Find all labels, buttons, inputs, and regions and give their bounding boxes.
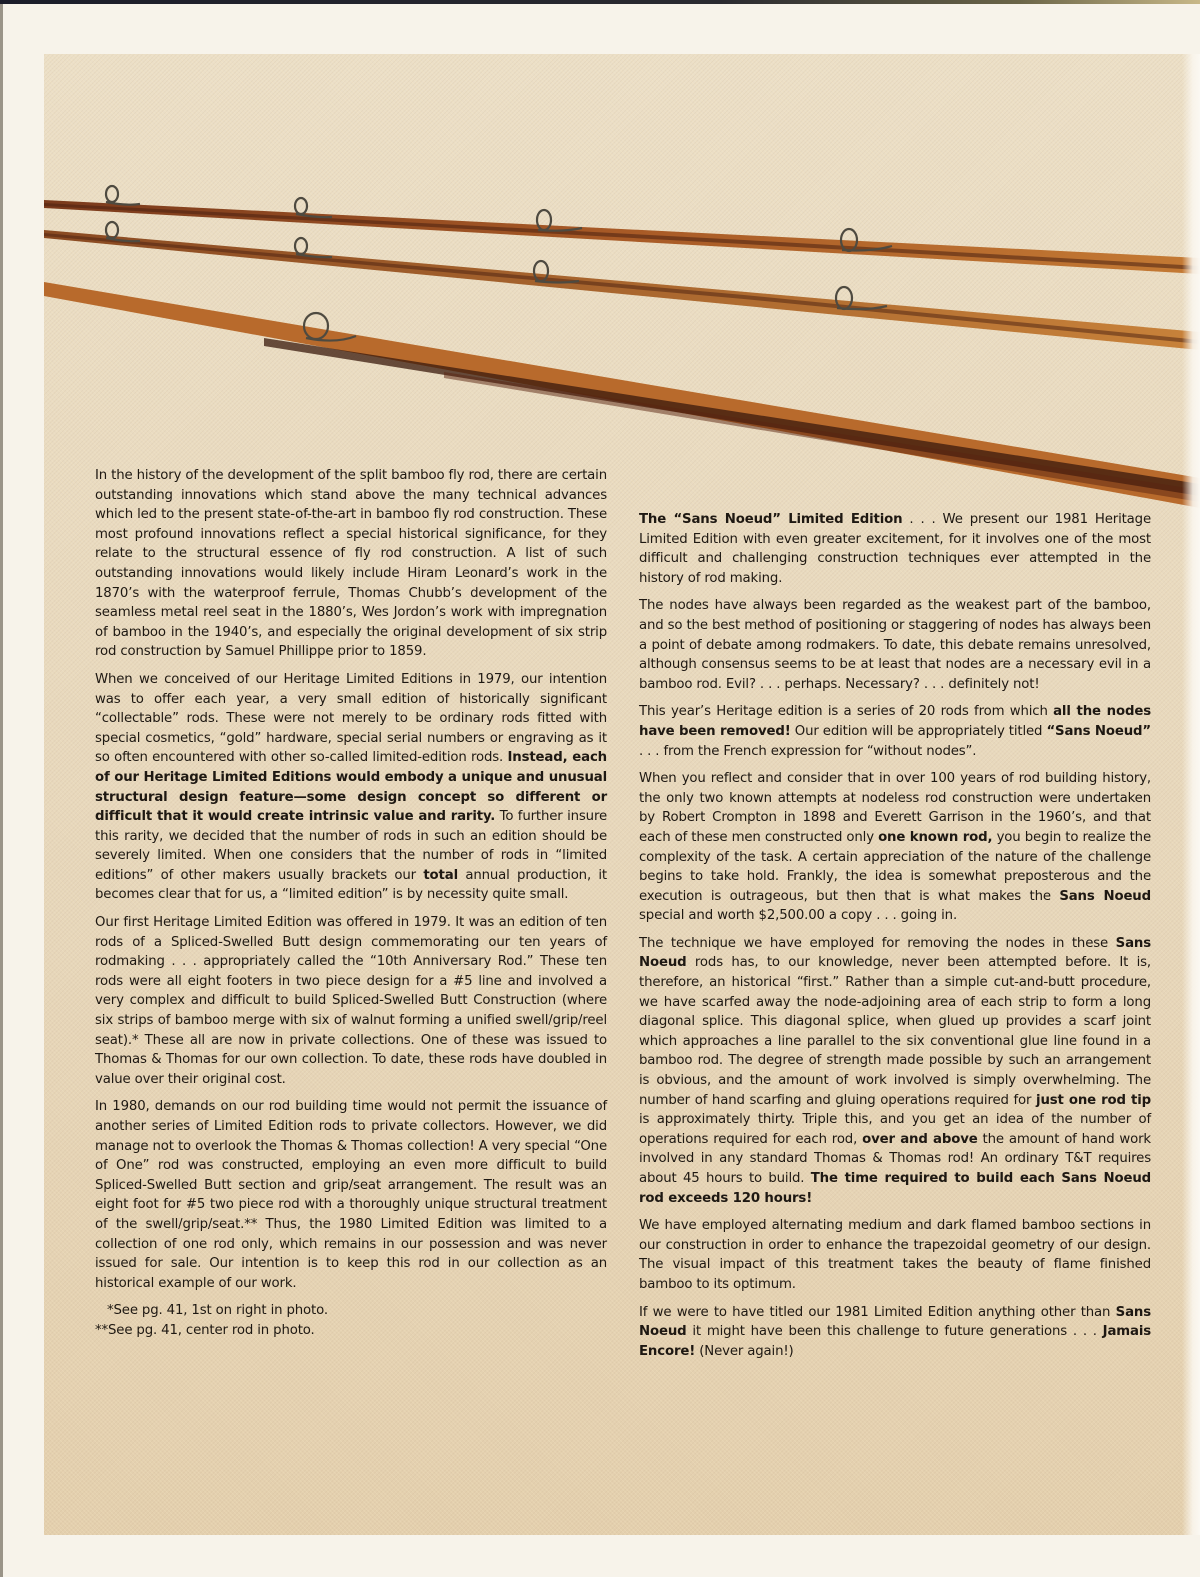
paragraph-jamais-encore: If we were to have titled our 1981 Limit…	[639, 1303, 1151, 1362]
paragraph-1979-edition: Our first Heritage Limited Edition was o…	[95, 913, 607, 1089]
emphasis-text: Sans Noeud	[1059, 889, 1151, 904]
footnotes: *See pg. 41, 1st on right in photo. **Se…	[95, 1301, 607, 1340]
paragraph-this-year: This year’s Heritage edition is a series…	[639, 702, 1151, 761]
paragraph-nodes: The nodes have always been regarded as t…	[639, 596, 1151, 694]
emphasis-text: “Sans Noeud”	[1046, 724, 1151, 739]
paragraph-history: In the history of the development of the…	[95, 466, 607, 662]
emphasis-text: total	[423, 868, 458, 883]
scan-left-edge	[0, 4, 3, 1577]
left-article-column: In the history of the development of the…	[95, 466, 607, 1341]
rod-tip-2	[44, 230, 1200, 350]
right-article-column: The “Sans Noeud” Limited Edition . . . W…	[639, 510, 1151, 1369]
emphasis-text: one known rod,	[878, 830, 992, 845]
page-gutter	[1182, 54, 1200, 1535]
paragraph-history-attempts: When you reflect and consider that in ov…	[639, 769, 1151, 926]
paragraph-sans-noeud-intro: The “Sans Noeud” Limited Edition . . . W…	[639, 510, 1151, 588]
footnote-1: *See pg. 41, 1st on right in photo.	[95, 1301, 607, 1321]
scan-top-edge	[0, 0, 1200, 4]
paragraph-technique: The technique we have employed for remov…	[639, 934, 1151, 1208]
emphasis-text: just one rod tip	[1036, 1093, 1151, 1108]
section-heading: The “Sans Noeud” Limited Edition	[639, 512, 902, 527]
footnote-2: **See pg. 41, center rod in photo.	[95, 1321, 607, 1341]
paragraph-heritage-concept: When we conceived of our Heritage Limite…	[95, 670, 607, 905]
paragraph-flamed-bamboo: We have employed alternating medium and …	[639, 1216, 1151, 1294]
rod-tip-1	[44, 200, 1200, 274]
emphasis-text: over and above	[862, 1132, 978, 1147]
paragraph-1980-edition: In 1980, demands on our rod building tim…	[95, 1097, 607, 1293]
